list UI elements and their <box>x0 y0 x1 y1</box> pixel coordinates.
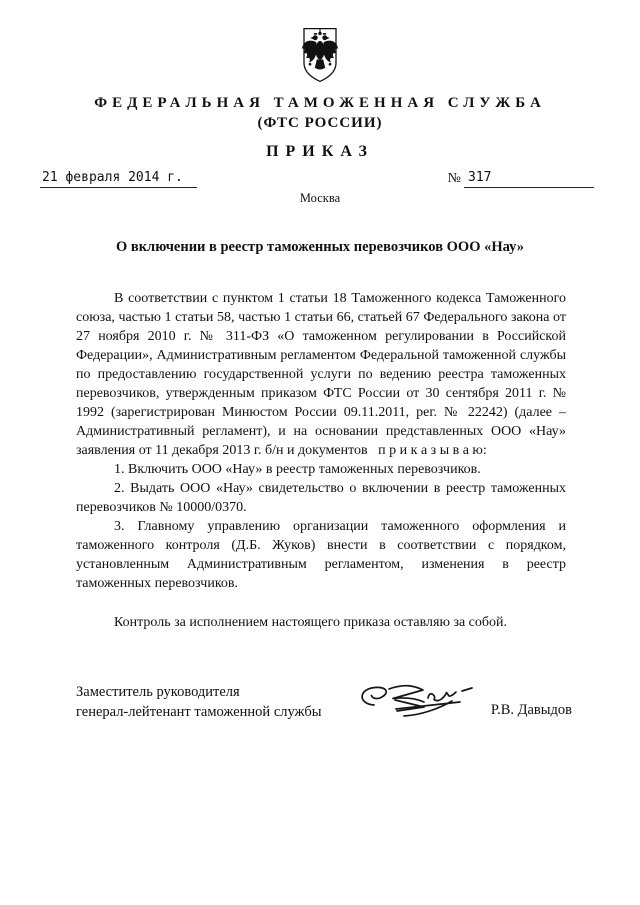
coat-of-arms-icon <box>296 26 344 84</box>
order-item-2: 2. Выдать ООО «Нау» свидетельство о вклю… <box>76 479 566 517</box>
signer-position-line2: генерал-лейтенант таможенной службы <box>76 702 322 722</box>
organization-name: ФЕДЕРАЛЬНАЯ ТАМОЖЕННАЯ СЛУЖБА <box>0 95 640 112</box>
control-statement: Контроль за исполнением настоящего прика… <box>76 613 566 632</box>
order-document-page: ФЕДЕРАЛЬНАЯ ТАМОЖЕННАЯ СЛУЖБА (ФТС РОССИ… <box>0 0 640 905</box>
document-date: 21 февраля 2014 г. <box>40 170 197 188</box>
date-number-row: 21 февраля 2014 г. № 317 <box>40 170 594 188</box>
issuing-city: Москва <box>0 191 640 206</box>
signature-block: Заместитель руководителя генерал-лейтена… <box>76 682 574 746</box>
signer-position-line1: Заместитель руководителя <box>76 682 322 702</box>
order-item-3: 3. Главному управлению организации тамож… <box>76 517 566 593</box>
order-item-1: 1. Включить ООО «Нау» в реестр таможенны… <box>76 460 566 479</box>
document-title: О включении в реестр таможенных перевозч… <box>70 239 570 256</box>
number-sign: № <box>448 171 464 188</box>
document-body: В соответствии с пунктом 1 статьи 18 Там… <box>76 289 566 593</box>
document-number-cell: № 317 <box>448 170 594 188</box>
handwritten-signature-icon <box>350 678 500 730</box>
signer-name: Р.В. Давыдов <box>491 702 572 719</box>
organization-abbreviation: (ФТС РОССИИ) <box>0 115 640 132</box>
document-type-heading: ПРИКАЗ <box>0 143 640 161</box>
signer-position: Заместитель руководителя генерал-лейтена… <box>76 682 322 722</box>
control-statement-container: Контроль за исполнением настоящего прика… <box>76 613 566 632</box>
preamble-paragraph: В соответствии с пунктом 1 статьи 18 Там… <box>76 289 566 460</box>
document-number: 317 <box>464 170 594 188</box>
emblem-container <box>0 0 640 89</box>
